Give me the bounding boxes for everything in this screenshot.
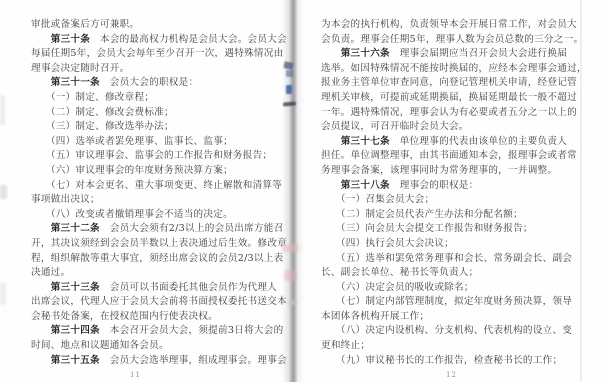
text-line: （六）审议理事会的年度财务预决算方案；: [31, 164, 283, 179]
text-line: 第三十四条 本会召开会员大会，须提前3日将大会的: [31, 324, 283, 339]
text-line: 第三十六条 理事会届期应当召开会员大会进行换届: [321, 47, 573, 62]
page-edge-line: [580, 0, 582, 382]
text-line: （五）选举和罢免常务理事和会长、常务副会长、副会: [321, 252, 573, 267]
text-line: （一）召集会员大会；: [321, 193, 573, 208]
text-line: 长、副会长单位、秘书长等负责人；: [321, 266, 573, 281]
article-heading: 第三十条: [51, 34, 90, 45]
text-line: （八）决定内设机构、分支机构、代表机构的设立、变: [321, 324, 573, 339]
article-heading: 第三十四条: [51, 325, 100, 336]
text-line: （七）制定内部管理制度，拟定年度财务预决算，领导: [321, 295, 573, 310]
text-line: 程，组织解散等重大事宜，须经出席会议的会员2/3以上表: [31, 252, 283, 267]
text-line: 第三十二条 会员大会须有2/3以上的会员出席方能召: [31, 222, 283, 237]
text-line: （三）向会员大会提交工作报告和财务报告；: [321, 222, 573, 237]
document-page-right-text: 为本会的执行机构，负责领导本会开展日常工作，对会员大会负责。理事会任期5年，理事…: [321, 18, 573, 368]
text-line: 务理事会备案，该理事同时为常务理事的，一并调整。: [321, 164, 573, 179]
text-line: 第三十三条 会员可以书面委托其他会员作为代理人: [31, 281, 283, 296]
scan-smudge-gray: [288, 300, 297, 305]
text-line: （七）对本会更名、重大事项变更、终止解散和清算等: [31, 179, 283, 194]
text-line: （二）制定、修改会费标准；: [31, 106, 283, 121]
ink-mark-blue-scribble: [286, 70, 293, 77]
text-line: 为本会的执行机构，负责领导本会开展日常工作，对会员大: [321, 18, 573, 33]
text-line: 一年。遇特殊情况，理事会认为有必要或者五分之一以上的: [321, 106, 573, 121]
scan-smudge-left-edge: [0, 283, 6, 305]
text-line: 理事会决定随时召开。: [31, 62, 283, 77]
article-heading: 第三十五条: [51, 355, 100, 366]
scan-smudge-left-edge: [0, 95, 5, 125]
text-line: 第三十条 本会的最高权力机构是会员大会。会员大会: [31, 33, 283, 48]
text-line: （四）执行会员大会决议；: [321, 237, 573, 252]
text-line: 第三十七条 单位理事的代表由该单位的主要负责人: [321, 135, 573, 150]
text-line: 报业务主管单位审查同意，向登记管理机关申请，经登记管: [321, 76, 573, 91]
text-line: 会秘书处备案，在授权范围内行使表决权。: [31, 310, 283, 325]
text-line: 每届任期5年，会员大会每年至少召开一次，遇特殊情况由: [31, 47, 283, 62]
ink-smudge-pink: [284, 269, 297, 282]
text-line: （四）选举或者罢免理事、监事长、监事；: [31, 135, 283, 150]
article-heading: 第三十三条: [51, 282, 100, 293]
scan-smudge-left-edge: [0, 185, 7, 199]
text-line: 出席会议，代理人应于会员大会前将书面授权委托书送交本: [31, 295, 283, 310]
text-line: 第三十八条 理事会的职权是：: [321, 179, 573, 194]
ink-mark-blue-block: [286, 85, 292, 94]
text-line: （六）决定会员的吸收或除名；: [321, 281, 573, 296]
text-line: 选举。如因特殊情况不能按时换届的，应经本会理事会通过，: [321, 62, 573, 77]
text-line: （一）制定、修改章程；: [31, 91, 283, 106]
text-line: 理机关审核，可提前或延期换届，换届延期最长一般不超过: [321, 91, 573, 106]
text-line: （九）审议秘书长的工作报告，检查秘书长的工作；: [321, 354, 573, 369]
text-line: 开，其决议须经到会会员半数以上表决通过后生效。修改章: [31, 237, 283, 252]
text-line: 事项做出决议；: [31, 193, 283, 208]
text-line: 会员提议，可召开临时会员大会。: [321, 120, 573, 135]
text-line: 会负责。理事会任期5年，理事人数为会员总数的三分之一。: [321, 33, 573, 48]
document-page-left-text: 审批或备案后方可兼职。 第三十条 本会的最高权力机构是会员大会。会员大会每届任期…: [31, 18, 283, 368]
article-heading: 第三十七条: [341, 136, 390, 147]
text-line: （二）制定会员代表产生办法和分配名额；: [321, 208, 573, 223]
text-line: 决通过。: [31, 266, 283, 281]
text-line: 审批或备案后方可兼职。: [31, 18, 283, 33]
page-number-right: 12: [446, 371, 457, 379]
text-line: （三）制定、修改选举办法；: [31, 120, 283, 135]
text-line: 担任。单位调整理事，由其书面通知本会，报理事会或者常: [321, 149, 573, 164]
page-gutter-shadow: [282, 0, 304, 382]
article-heading: 第三十八条: [341, 180, 390, 191]
article-heading: 第三十二条: [51, 223, 100, 234]
text-line: 第三十一条 会员大会的职权是：: [31, 76, 283, 91]
article-heading: 第三十一条: [51, 77, 100, 88]
article-heading: 第三十六条: [341, 48, 390, 59]
text-line: （五）审议理事会、监事会的工作报告和财务报告；: [31, 149, 283, 164]
text-line: 更和终止；: [321, 339, 573, 354]
text-line: （八）改变或者撤销理事会不适当的决定。: [31, 208, 283, 223]
text-line: 第三十五条 会员大会选举理事，组成理事会。理事会: [31, 354, 283, 369]
text-line: 时间、地点和议题通知各会员。: [31, 339, 283, 354]
ink-smudge-pink: [282, 244, 299, 252]
text-line: 本团体各机构开展工作；: [321, 310, 573, 325]
page-number-left: 11: [130, 371, 141, 379]
